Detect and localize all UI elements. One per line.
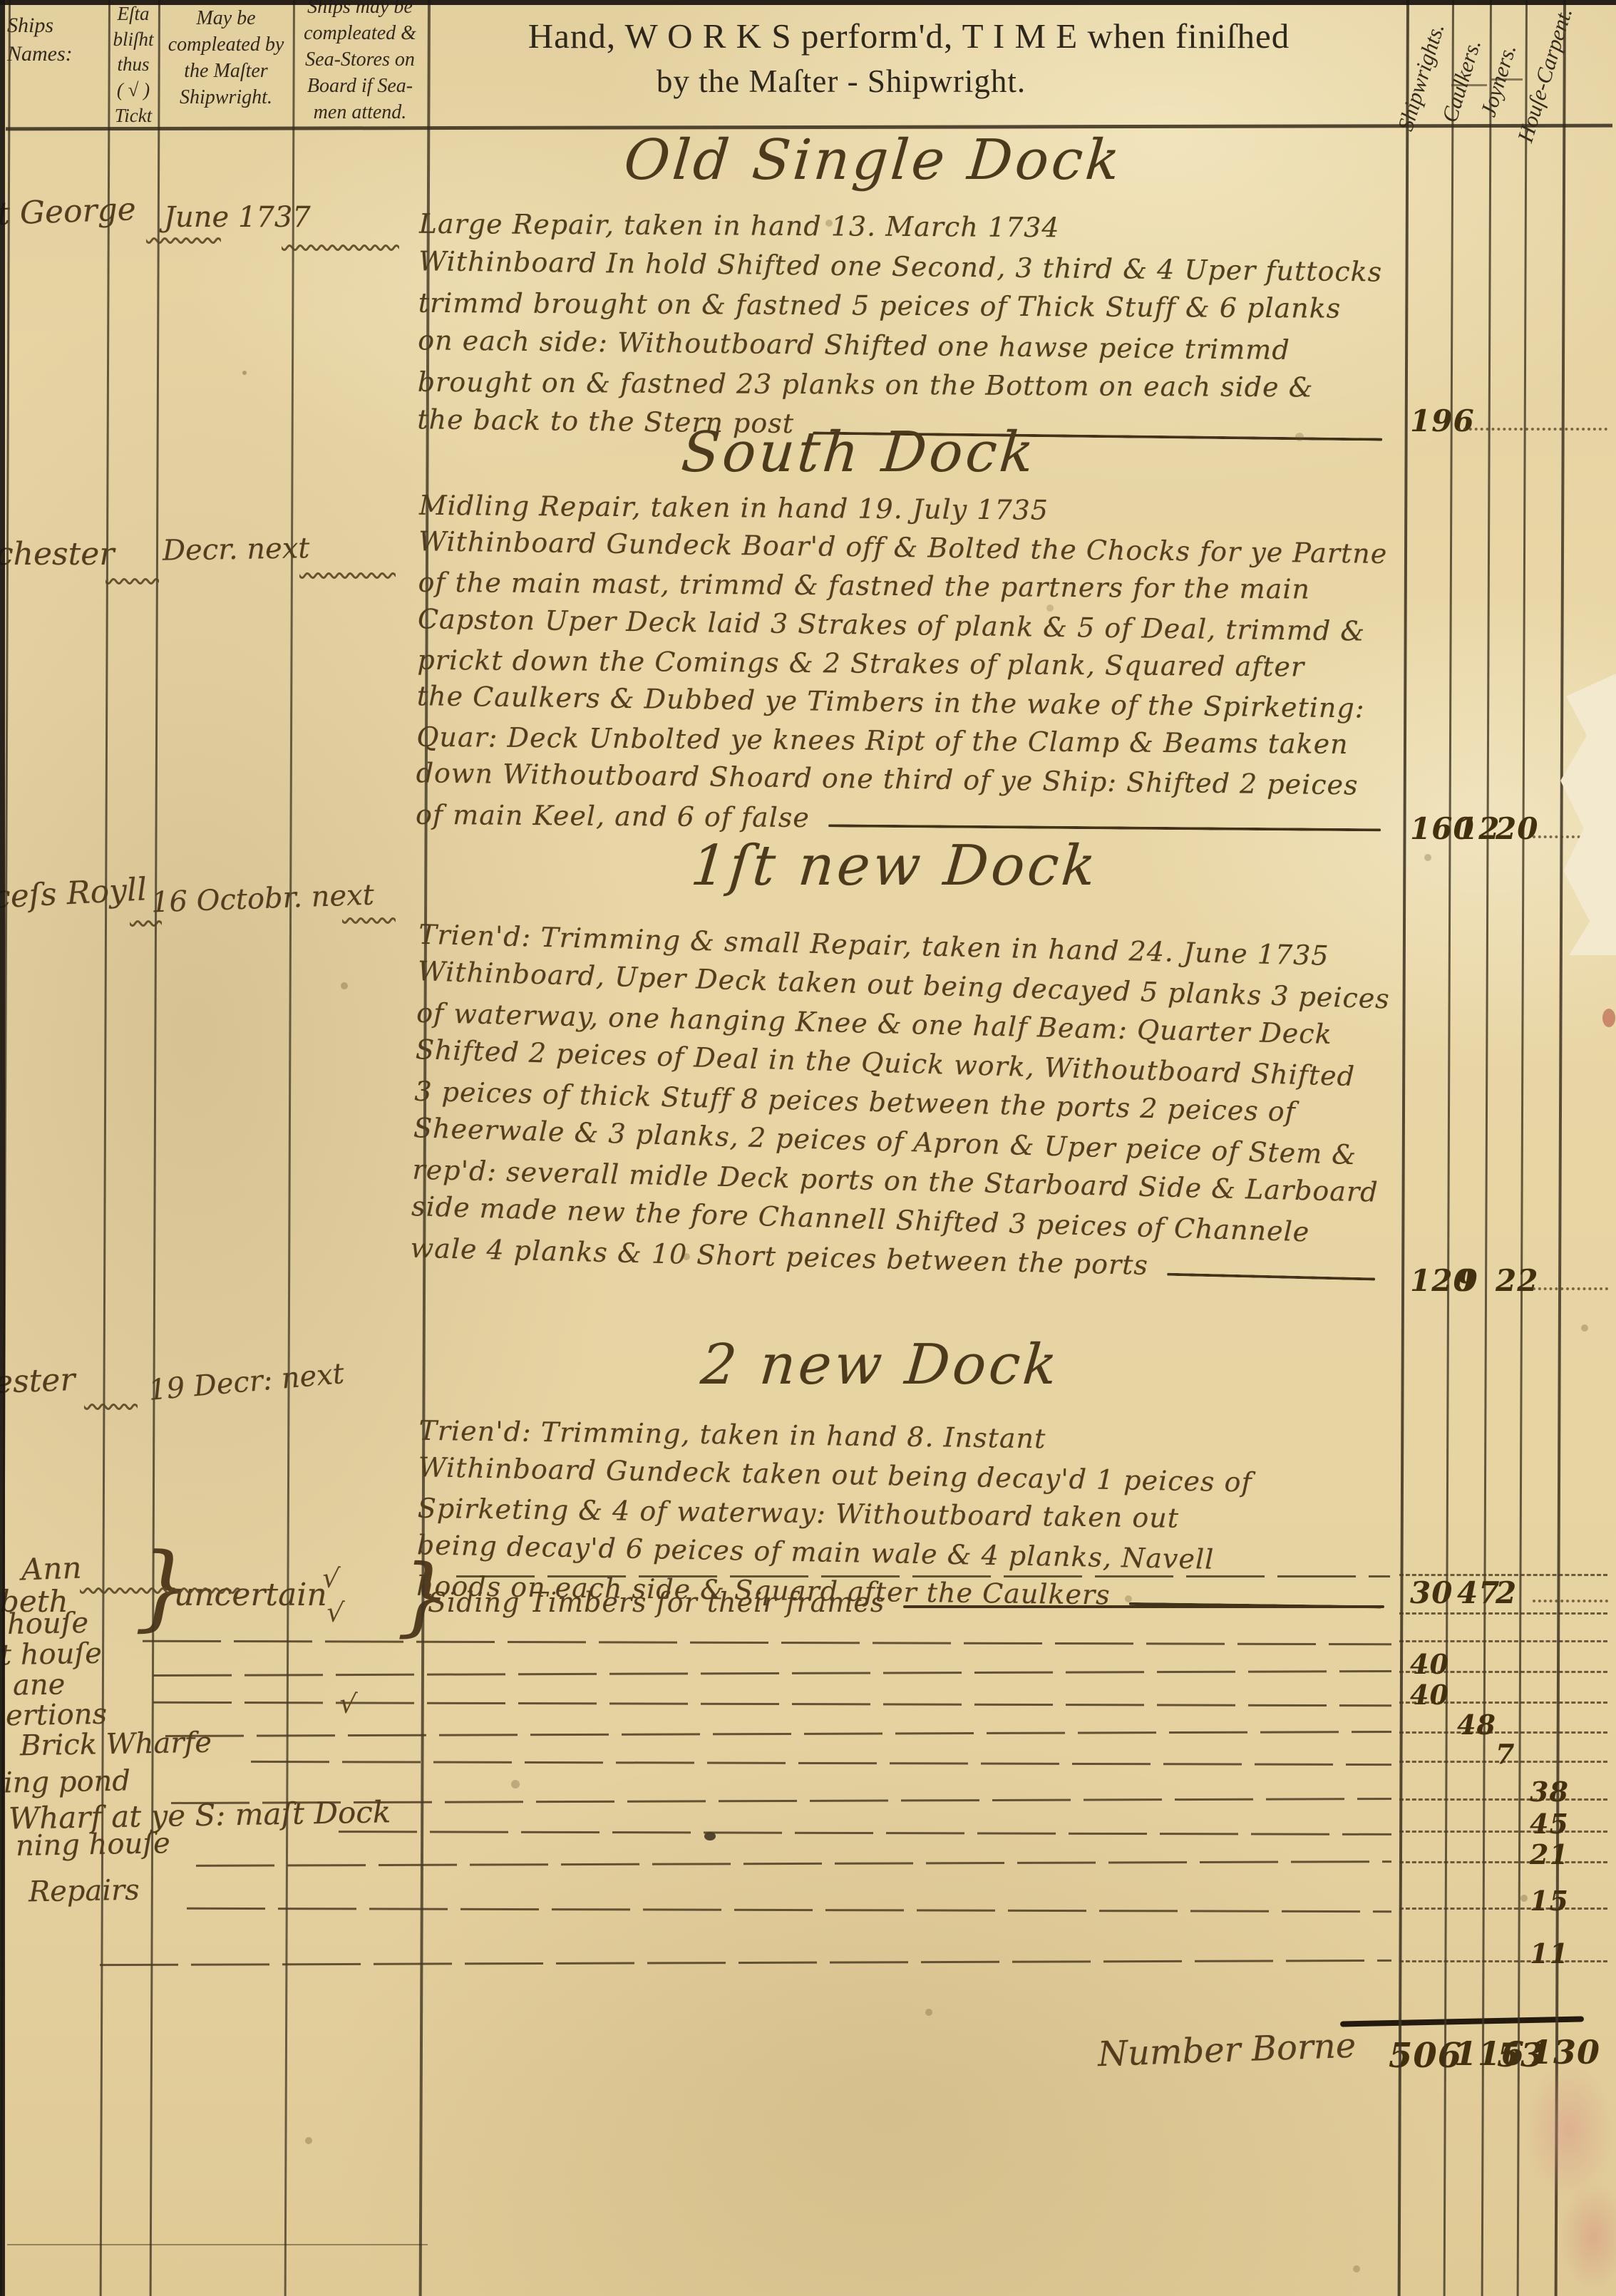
column-line — [284, 0, 295, 2296]
bottom-tally-2-shipwrights: 40 — [1410, 1679, 1449, 1711]
tally-2-caulkers: 9 — [1457, 1263, 1478, 1298]
bottom-row-label: ertions — [6, 1698, 108, 1732]
column-line — [1398, 0, 1409, 2296]
row-dash — [1399, 1640, 1607, 1642]
row-line — [100, 1960, 1391, 1966]
bottom-tally-7-housecarp: 21 — [1530, 1838, 1569, 1870]
flourish-squiggle: _________ — [299, 552, 396, 577]
dock-title-3: 2 new Dock — [450, 1333, 1311, 1397]
bottom-row-label: ing pond — [4, 1764, 131, 1799]
dock-title-1: South Dock — [428, 421, 1290, 485]
ship-name-3: ester — [0, 1361, 76, 1401]
bottom-tally-6-housecarp: 45 — [1530, 1808, 1569, 1840]
footer-label: Number Borne — [1097, 2026, 1357, 2075]
pink-stain — [1454, 2060, 1616, 2295]
row-dash — [1399, 1960, 1607, 1962]
row-line — [153, 1670, 1391, 1677]
tally-filler-dots — [1533, 1600, 1608, 1602]
bottom-row-label: t houſe — [0, 1637, 102, 1672]
row-line — [187, 1908, 1391, 1913]
established-col-header: Eſta bliſht thus ( √ ) Tickt — [110, 1, 157, 128]
dock-entry-1: Midling Repair, taken in hand 19. July 1… — [416, 485, 1390, 843]
dock-entry-0: Large Repair, taken in hand 13. March 17… — [417, 203, 1390, 449]
ann-squiggle: _______________ — [80, 1567, 240, 1592]
dock-entry-2: Trien'd: Trimming & small Repair, taken … — [410, 914, 1389, 1292]
bottom-row-label: Brick Wharfe — [20, 1726, 212, 1763]
bottom-faint-rule — [7, 2244, 428, 2245]
row-line — [339, 1831, 1391, 1836]
bottom-tally-1-shipwrights: 40 — [1410, 1648, 1449, 1680]
tally-3-shipwrights: 30 — [1410, 1575, 1453, 1610]
row-line — [456, 1575, 1390, 1577]
row-line — [196, 1860, 1391, 1867]
bottom-row-label: houſe — [7, 1607, 89, 1641]
scan-top-edge — [0, 0, 1616, 5]
tally-1-joyners: 20 — [1496, 811, 1538, 846]
row-dash — [1399, 1831, 1607, 1833]
row-line — [165, 1731, 1391, 1737]
flourish-squiggle: ___________ — [282, 224, 399, 249]
bottom-row-label: ane — [13, 1668, 66, 1702]
closing-rule — [903, 1605, 1384, 1608]
column-line — [150, 0, 160, 2296]
column-line — [1481, 0, 1492, 2296]
flourish-squiggle: _____ — [342, 897, 396, 922]
siding-timbers-text: Siding Timbers for their frames — [428, 1587, 885, 1618]
closing-rule — [1167, 1273, 1375, 1281]
row-dash — [1399, 1612, 1607, 1615]
page-title-line2: by the Maſter - Shipwright. — [399, 63, 1283, 100]
tally-1-caulkers: 12 — [1457, 811, 1500, 846]
check-mark: √ — [325, 1596, 346, 1629]
bottom-row-label: ning houſe — [16, 1827, 170, 1863]
check-mark: √ — [321, 1562, 341, 1595]
torn-edge — [1558, 674, 1616, 955]
red-speck — [1602, 1009, 1615, 1027]
ship-name-0: St George — [0, 191, 137, 233]
entry-line-text: of main Keel, and 6 of false — [416, 795, 810, 837]
paper-texture — [242, 371, 247, 375]
dock-title-0: Old Single Dock — [443, 128, 1304, 192]
tally-3-caulkers: 47 — [1457, 1575, 1500, 1610]
row-dash — [1399, 1574, 1607, 1576]
row-dash — [1399, 1861, 1607, 1863]
tally-0-shipwrights: 196 — [1410, 403, 1475, 438]
bottom-row-label: Repairs — [29, 1874, 140, 1909]
tally-2-joyners: 22 — [1496, 1263, 1538, 1298]
ships-names-header: Ships Names: — [7, 11, 100, 68]
master-shipwright-col-header: May be compleated by the Maſter Shipwrig… — [161, 6, 291, 111]
ship-name-2: ceſs Royll — [0, 871, 148, 915]
scanned-ledger-page: Ships Names: Eſta bliſht thus ( √ ) Tick… — [0, 0, 1616, 2296]
trade-underline — [1451, 84, 1487, 86]
bottom-tally-9-housecarp: 11 — [1530, 1937, 1569, 1970]
closing-rule — [828, 824, 1381, 831]
check-mark: √ — [338, 1687, 359, 1720]
bottom-tally-5-housecarp: 38 — [1530, 1776, 1569, 1808]
column-line — [1517, 0, 1528, 2296]
ship-name-ann: Ann — [21, 1550, 82, 1587]
tally-3-joyners: 2 — [1496, 1575, 1517, 1610]
column-line — [1443, 0, 1454, 2296]
trade-underline — [1491, 78, 1523, 81]
bottom-tally-4-joyners: 7 — [1496, 1738, 1515, 1770]
tally-filler-dots — [1458, 428, 1607, 431]
row-dash — [1399, 1798, 1607, 1801]
column-line — [100, 0, 110, 2296]
page-title-line1: Hand, W O R K S perform'd, T I M E when … — [435, 16, 1383, 56]
scan-left-edge — [0, 0, 5, 2296]
bottom-tally-8-housecarp: 15 — [1530, 1885, 1569, 1917]
siding-timbers-line: Siding Timbers for their frames — [428, 1587, 1390, 1618]
completion-date-2: 16 Octobr. next — [150, 879, 374, 920]
tally-filler-dots — [1533, 1287, 1608, 1290]
row-line — [143, 1640, 1391, 1646]
bottom-tally-3-caulkers: 48 — [1457, 1709, 1496, 1741]
flourish-squiggle: ___ — [130, 900, 162, 925]
row-dash — [1399, 1908, 1607, 1910]
dock-title-2: 1ſt new Dock — [464, 834, 1325, 898]
completion-date-1: Decr. next — [163, 532, 310, 567]
ship-name-1: chester — [0, 536, 114, 572]
completion-date-3: 19 Decr: next — [148, 1357, 346, 1407]
footer-sum-line — [1340, 2016, 1584, 2027]
flourish-squiggle: _____ — [105, 557, 159, 582]
flourish-squiggle: _____ — [84, 1383, 138, 1408]
flourish-squiggle: _______ — [146, 217, 221, 242]
row-dash — [1399, 1731, 1607, 1734]
